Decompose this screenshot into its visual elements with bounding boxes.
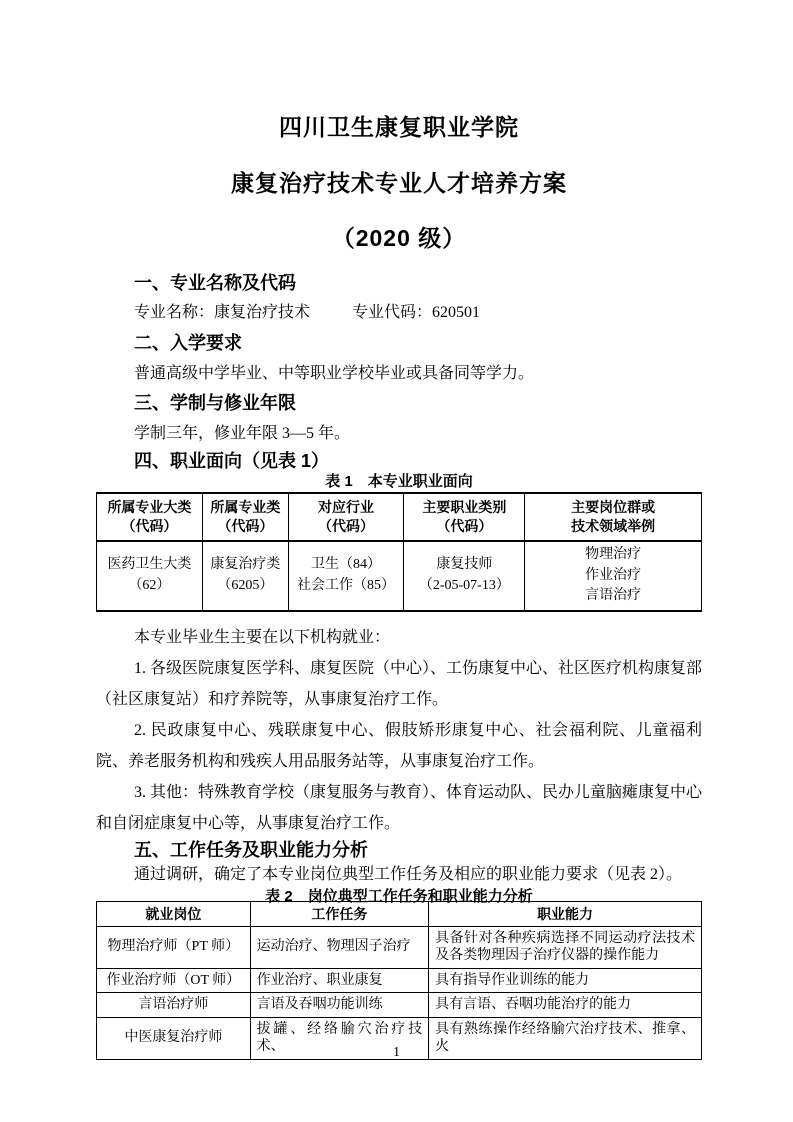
table2-cell-post: 物理治疗师（PT 师） [97, 926, 251, 968]
table1-cell-occupation: 康复技师（2-05-07-13） [404, 541, 525, 611]
table2-row-ot: 作业治疗师（OT 师） 作业治疗、职业康复 具有指导作业训练的能力 [97, 968, 702, 993]
doc-title-line-1: 四川卫生康复职业学院 [96, 114, 702, 140]
table2-header-post: 就业岗位 [97, 901, 251, 926]
section-3-heading: 三、学制与修业年限 [96, 392, 702, 414]
table1-cell-industry: 卫生（84）社会工作（85） [288, 541, 404, 611]
table2-header-row: 就业岗位 工作任务 职业能力 [97, 901, 702, 926]
schooling-years-text: 学制三年，修业年限 3—5 年。 [96, 418, 702, 449]
employment-item-1: 1. 各级医院康复医学科、康复医院（中心）、工伤康复中心、社区医疗机构康复部（社… [96, 653, 702, 715]
employment-item-2: 2. 民政康复中心、残联康复中心、假肢矫形康复中心、社会福利院、儿童福利院、养老… [96, 715, 702, 777]
table2-cell-post: 言语治疗师 [97, 993, 251, 1018]
doc-title-line-2: 康复治疗技术专业人才培养方案 [96, 170, 702, 196]
table1-cell-major-category: 医药卫生大类（62） [97, 541, 203, 611]
table1-header-cell: 对应行业（代码） [288, 493, 404, 541]
table1-cell-major-class: 康复治疗类（6205） [202, 541, 288, 611]
employment-intro: 本专业毕业生主要在以下机构就业： [96, 622, 702, 653]
table1-data-row: 医药卫生大类（62） 康复治疗类（6205） 卫生（84）社会工作（85） 康复… [97, 541, 702, 611]
table1-cell-post-group: 物理治疗作业治疗言语治疗 [525, 541, 702, 611]
section-5-intro: 通过调研，确定了本专业岗位典型工作任务及相应的职业能力要求（见表 2）。 [96, 863, 702, 887]
table2-row-pt: 物理治疗师（PT 师） 运动治疗、物理因子治疗 具备针对各种疾病选择不同运动疗法… [97, 926, 702, 968]
table2-cell-ability: 具有言语、吞咽功能治疗的能力 [429, 993, 702, 1018]
document-page: 四川卫生康复职业学院 康复治疗技术专业人才培养方案 （2020 级） 一、专业名… [0, 0, 793, 1122]
table1-caption: 表 1 本专业职业面向 [96, 472, 702, 492]
major-name-code-line: 专业名称：康复治疗技术专业代码：620501 [96, 297, 702, 328]
table1-header-cell: 主要职业类别（代码） [404, 493, 525, 541]
table1-header-row: 所属专业大类（代码） 所属专业类（代码） 对应行业（代码） 主要职业类别（代码）… [97, 493, 702, 541]
employment-item-3: 3. 其他：特殊教育学校（康复服务与教育）、体育运动队、民办儿童脑瘫康复中心和自… [96, 777, 702, 839]
table2-header-task: 工作任务 [250, 901, 428, 926]
table2-cell-ability: 具有指导作业训练的能力 [429, 968, 702, 993]
table2-cell-task: 作业治疗、职业康复 [250, 968, 428, 993]
table2-cell-ability: 具备针对各种疾病选择不同运动疗法技术及各类物理因子治疗仪器的操作能力 [429, 926, 702, 968]
table2-cell-task: 言语及吞咽功能训练 [250, 993, 428, 1018]
major-name-text: 专业名称：康复治疗技术 [134, 304, 310, 321]
doc-title-line-3: （2020 级） [96, 225, 702, 251]
career-orientation-table: 所属专业大类（代码） 所属专业类（代码） 对应行业（代码） 主要职业类别（代码）… [96, 492, 702, 612]
section-2-heading: 二、入学要求 [96, 332, 702, 354]
task-ability-table: 就业岗位 工作任务 职业能力 物理治疗师（PT 师） 运动治疗、物理因子治疗 具… [96, 901, 702, 1060]
page-content: 四川卫生康复职业学院 康复治疗技术专业人才培养方案 （2020 级） 一、专业名… [96, 0, 702, 1060]
table1-header-cell: 所属专业大类（代码） [97, 493, 203, 541]
section-4-heading: 四、职业面向（见表 1） [96, 450, 702, 472]
table2-header-ability: 职业能力 [429, 901, 702, 926]
table1-header-cell: 主要岗位群或技术领域举例 [525, 493, 702, 541]
admission-requirement-text: 普通高级中学毕业、中等职业学校毕业或具备同等学力。 [96, 358, 702, 389]
table2-cell-post: 作业治疗师（OT 师） [97, 968, 251, 993]
section-1-heading: 一、专业名称及代码 [96, 272, 702, 294]
table2-cell-task: 运动治疗、物理因子治疗 [250, 926, 428, 968]
major-code-text: 专业代码：620501 [352, 304, 480, 321]
table2-row-st: 言语治疗师 言语及吞咽功能训练 具有言语、吞咽功能治疗的能力 [97, 993, 702, 1018]
section-5-heading: 五、工作任务及职业能力分析 [96, 839, 702, 861]
page-number: 1 [0, 1044, 793, 1062]
table1-header-cell: 所属专业类（代码） [202, 493, 288, 541]
